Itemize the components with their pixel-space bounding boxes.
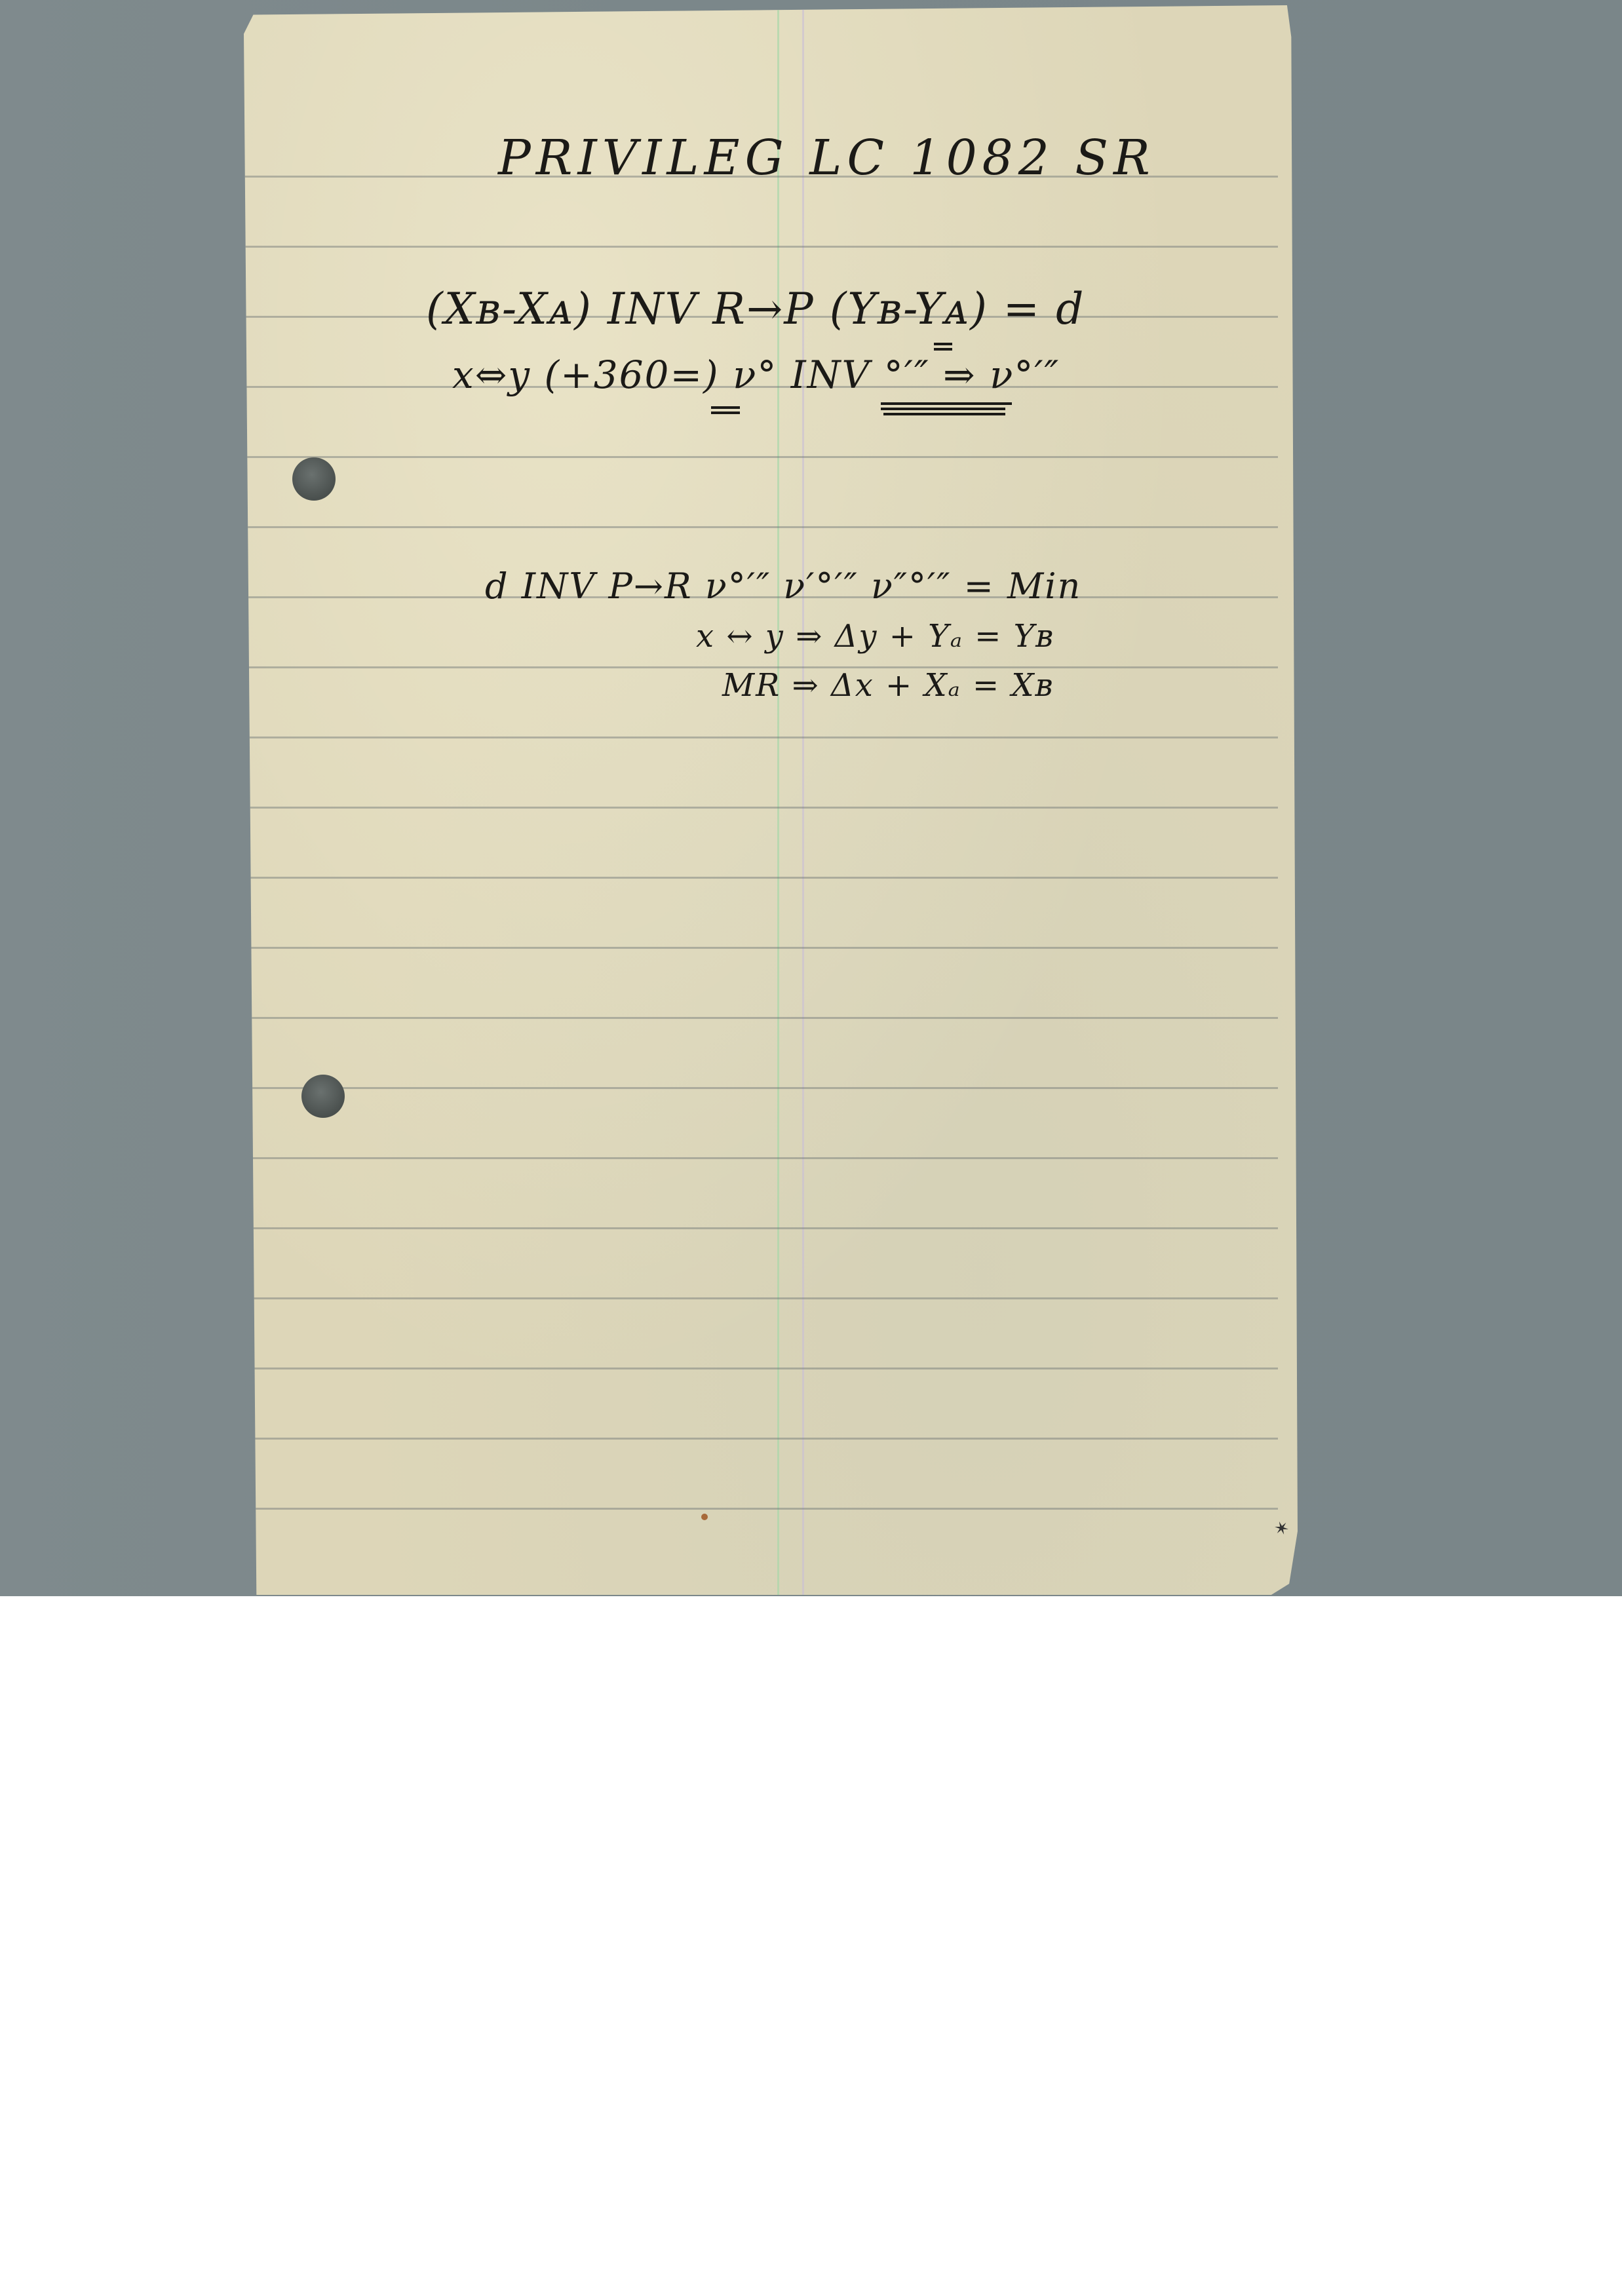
equation-line-4: x ↔ y ⇒ Δy + Yₐ = Yʙ bbox=[696, 618, 1054, 655]
double-underline-d bbox=[934, 343, 952, 345]
ruled-line bbox=[244, 947, 1278, 949]
ruled-line bbox=[244, 1157, 1278, 1159]
triple-underline-result bbox=[881, 402, 1012, 405]
ruled-line bbox=[244, 1297, 1278, 1299]
punch-hole-top bbox=[292, 457, 336, 501]
ruled-line bbox=[244, 807, 1278, 809]
notebook-page: PRIVILEG LC 1082 SR (Xʙ-Xᴀ) INV R→P (Yʙ-… bbox=[244, 5, 1298, 1595]
foxing-spot bbox=[701, 1514, 708, 1520]
equation-line-5: MR ⇒ Δx + Xₐ = Xʙ bbox=[722, 667, 1054, 704]
equation-line-1: (Xʙ-Xᴀ) INV R→P (Yʙ-Yᴀ) = d bbox=[426, 284, 1085, 334]
equation-line-2: x⇔y (+360=) ν° INV °′″ ⇒ ν°′″ bbox=[452, 353, 1060, 397]
margin-line-lilac bbox=[802, 5, 804, 1595]
triple-underline-result-3 bbox=[883, 413, 1005, 415]
ruled-line bbox=[244, 1438, 1278, 1440]
ruled-line bbox=[244, 1087, 1278, 1089]
ruled-line bbox=[244, 1508, 1278, 1510]
ruled-line bbox=[244, 877, 1278, 879]
ruled-line bbox=[244, 1017, 1278, 1019]
underline-nu bbox=[711, 406, 740, 409]
ruled-line bbox=[244, 526, 1278, 528]
ruled-line bbox=[244, 246, 1278, 248]
ruled-line bbox=[244, 737, 1278, 738]
edge-tear-mark: ✶ bbox=[1271, 1516, 1292, 1541]
margin-line-green bbox=[777, 5, 779, 1595]
double-underline-d-2 bbox=[934, 348, 952, 351]
punch-hole-bottom bbox=[301, 1075, 345, 1118]
triple-underline-result-2 bbox=[881, 408, 1005, 410]
ruled-line bbox=[244, 1227, 1278, 1229]
page-title: PRIVILEG LC 1082 SR bbox=[498, 130, 1155, 186]
equation-line-3: d INV P→R ν°′″ ν′°′″ ν″°′″ = Min bbox=[485, 565, 1081, 607]
underline-nu-2 bbox=[711, 411, 740, 414]
ruled-line bbox=[244, 1368, 1278, 1369]
ruled-line bbox=[244, 456, 1278, 458]
